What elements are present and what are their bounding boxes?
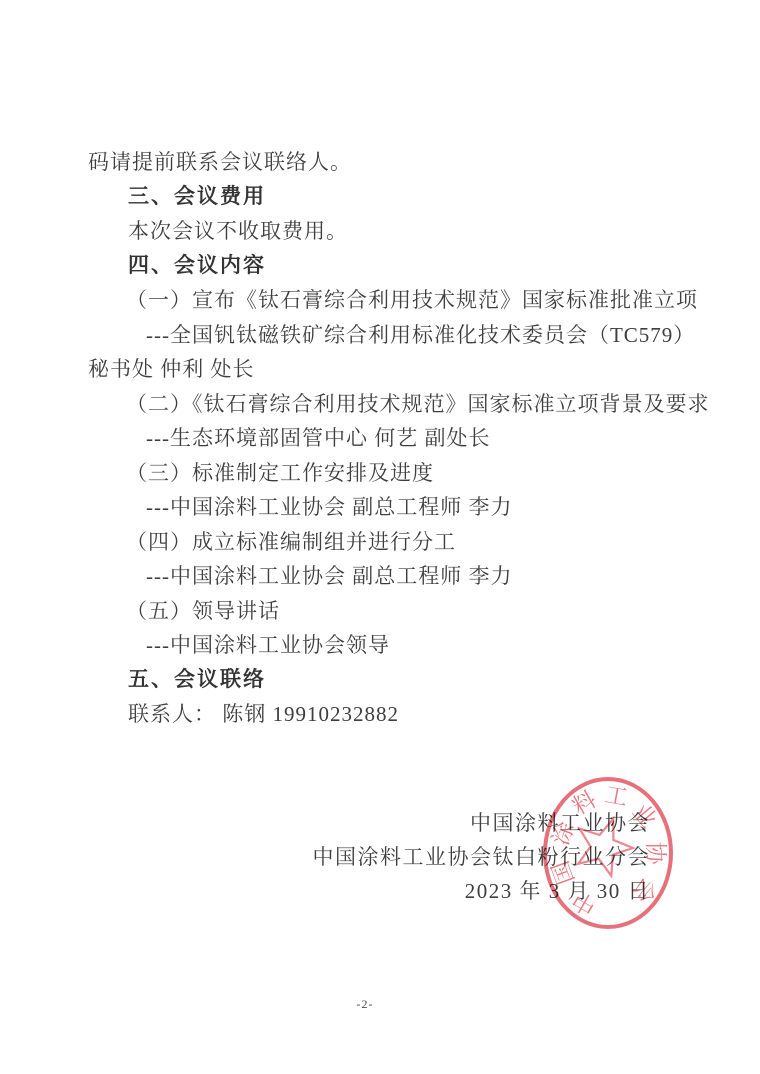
section-fee-heading: 三、会议费用 <box>128 180 730 215</box>
section-contact-heading: 五、会议联络 <box>128 663 730 698</box>
agenda-item-2-speaker: ---生态环境部固管中心 何艺 副处长 <box>146 421 730 456</box>
document-page: 码请提前联系会议联络人。 三、会议费用 本次会议不收取费用。 四、会议内容 （一… <box>0 0 760 1074</box>
intro-line: 码请提前联系会议联络人。 <box>88 145 730 180</box>
agenda-item-4-speaker: ---中国涂料工业协会 副总工程师 李力 <box>146 559 730 594</box>
signature-block: 中国涂料工业协会 中国涂料工业协会钛白粉行业分会 2023 年 3 月 30 日 <box>313 806 651 908</box>
page-number: -2- <box>0 997 745 1012</box>
contact-line: 联系人： 陈钢 19910232882 <box>128 697 730 732</box>
agenda-item-2-title: （二）《钛石膏综合利用技术规范》国家标准立项背景及要求 <box>126 387 730 422</box>
agenda-item-3-title: （三）标准制定工作安排及进度 <box>126 456 730 491</box>
agenda-item-5-speaker: ---中国涂料工业协会领导 <box>146 628 730 663</box>
section-agenda-heading: 四、会议内容 <box>128 249 730 284</box>
agenda-item-1-speaker-cont: 秘书处 仲利 处长 <box>88 352 730 387</box>
agenda-item-1-title: （一）宣布《钛石膏综合利用技术规范》国家标准批准立项 <box>126 283 730 318</box>
section-fee-body: 本次会议不收取费用。 <box>128 214 730 249</box>
signature-org-line2: 中国涂料工业协会钛白粉行业分会 <box>313 840 651 874</box>
agenda-item-4-title: （四）成立标准编制组并进行分工 <box>126 525 730 560</box>
document-body: 码请提前联系会议联络人。 三、会议费用 本次会议不收取费用。 四、会议内容 （一… <box>88 145 730 732</box>
agenda-item-3-speaker: ---中国涂料工业协会 副总工程师 李力 <box>146 490 730 525</box>
agenda-item-5-title: （五）领导讲话 <box>126 594 730 629</box>
agenda-item-1-speaker: ---全国钒钛磁铁矿综合利用标准化技术委员会（TC579） <box>146 318 730 353</box>
signature-date: 2023 年 3 月 30 日 <box>313 874 651 908</box>
signature-org-line1: 中国涂料工业协会 <box>313 806 651 840</box>
